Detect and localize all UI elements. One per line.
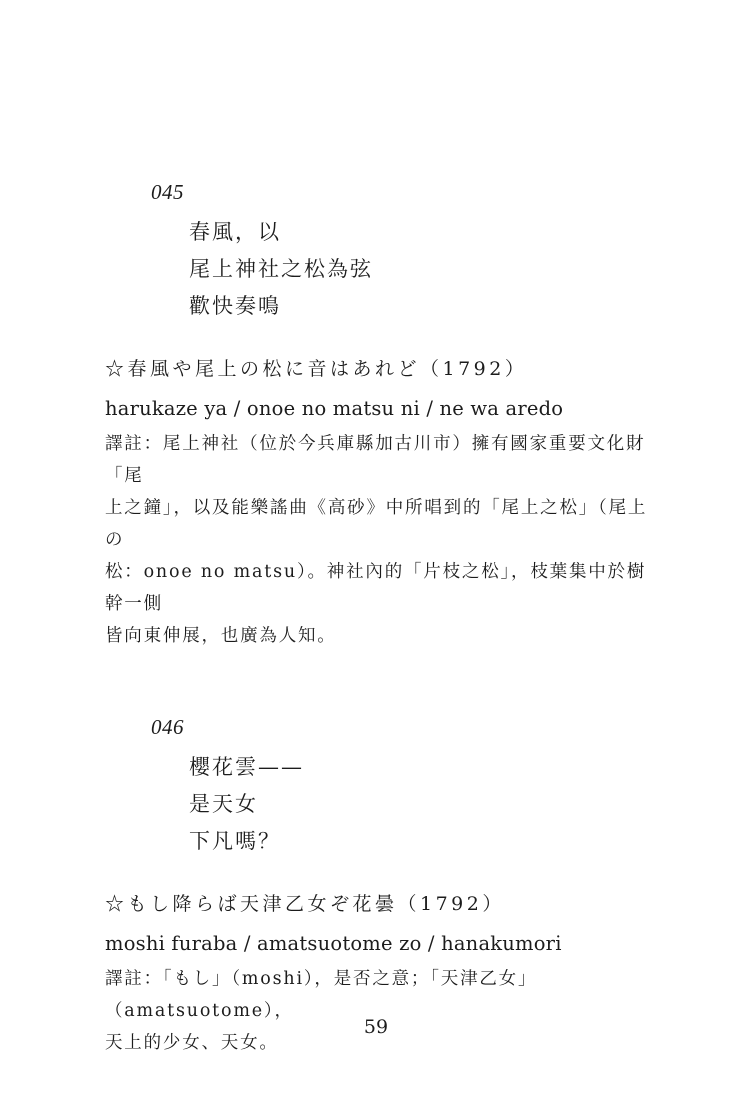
poem-line: 歡快奏鳴 — [189, 288, 657, 325]
page-number: 59 — [0, 1015, 752, 1039]
haiku-original-line: ☆春風や尾上の松に音はあれど（1792） — [105, 356, 657, 383]
haiku-original-line: ☆もし降らば天津乙女ぞ花曇（1792） — [105, 891, 657, 918]
note-line: 皆向東伸展，也廣為人知。 — [105, 620, 657, 652]
haiku-entry-045: 045 春風，以 尾上神社之松為弦 歡快奏鳴 ☆春風や尾上の松に音はあれど（17… — [105, 180, 657, 652]
poem-line: 是天女 — [189, 786, 657, 823]
poem-number: 045 — [151, 180, 657, 205]
poem-line: 尾上神社之松為弦 — [189, 251, 657, 288]
poem-line: 春風，以 — [189, 214, 657, 251]
poem-line: 櫻花雲—— — [189, 749, 657, 786]
poem-translation: 櫻花雲—— 是天女 下凡嗎？ — [189, 749, 657, 860]
note-line: 上之鐘」，以及能樂謠曲《高砂》中所唱到的「尾上之松」（尾上の — [105, 492, 657, 556]
book-page: 045 春風，以 尾上神社之松為弦 歡快奏鳴 ☆春風や尾上の松に音はあれど（17… — [0, 0, 752, 1100]
page-content: 045 春風，以 尾上神社之松為弦 歡快奏鳴 ☆春風や尾上の松に音はあれど（17… — [105, 0, 657, 1059]
romaji-line: moshi furaba / amatsuotome zo / hanakumo… — [105, 930, 657, 957]
haiku-entry-046: 046 櫻花雲—— 是天女 下凡嗎？ ☆もし降らば天津乙女ぞ花曇（1792） m… — [105, 715, 657, 1059]
poem-number: 046 — [151, 715, 657, 740]
poem-line: 下凡嗎？ — [189, 823, 657, 860]
note-line: 譯註：尾上神社（位於今兵庫縣加古川市）擁有國家重要文化財「尾 — [105, 428, 657, 492]
translator-note: 譯註：「もし」（moshi），是否之意；「天津乙女」（amatsuotome），… — [105, 963, 657, 1059]
note-line: 松：onoe no matsu）。神社內的「片枝之松」，枝葉集中於樹幹一側 — [105, 556, 657, 620]
poem-translation: 春風，以 尾上神社之松為弦 歡快奏鳴 — [189, 214, 657, 325]
translator-note: 譯註：尾上神社（位於今兵庫縣加古川市）擁有國家重要文化財「尾 上之鐘」，以及能樂… — [105, 428, 657, 652]
romaji-line: harukaze ya / onoe no matsu ni / ne wa a… — [105, 395, 657, 422]
